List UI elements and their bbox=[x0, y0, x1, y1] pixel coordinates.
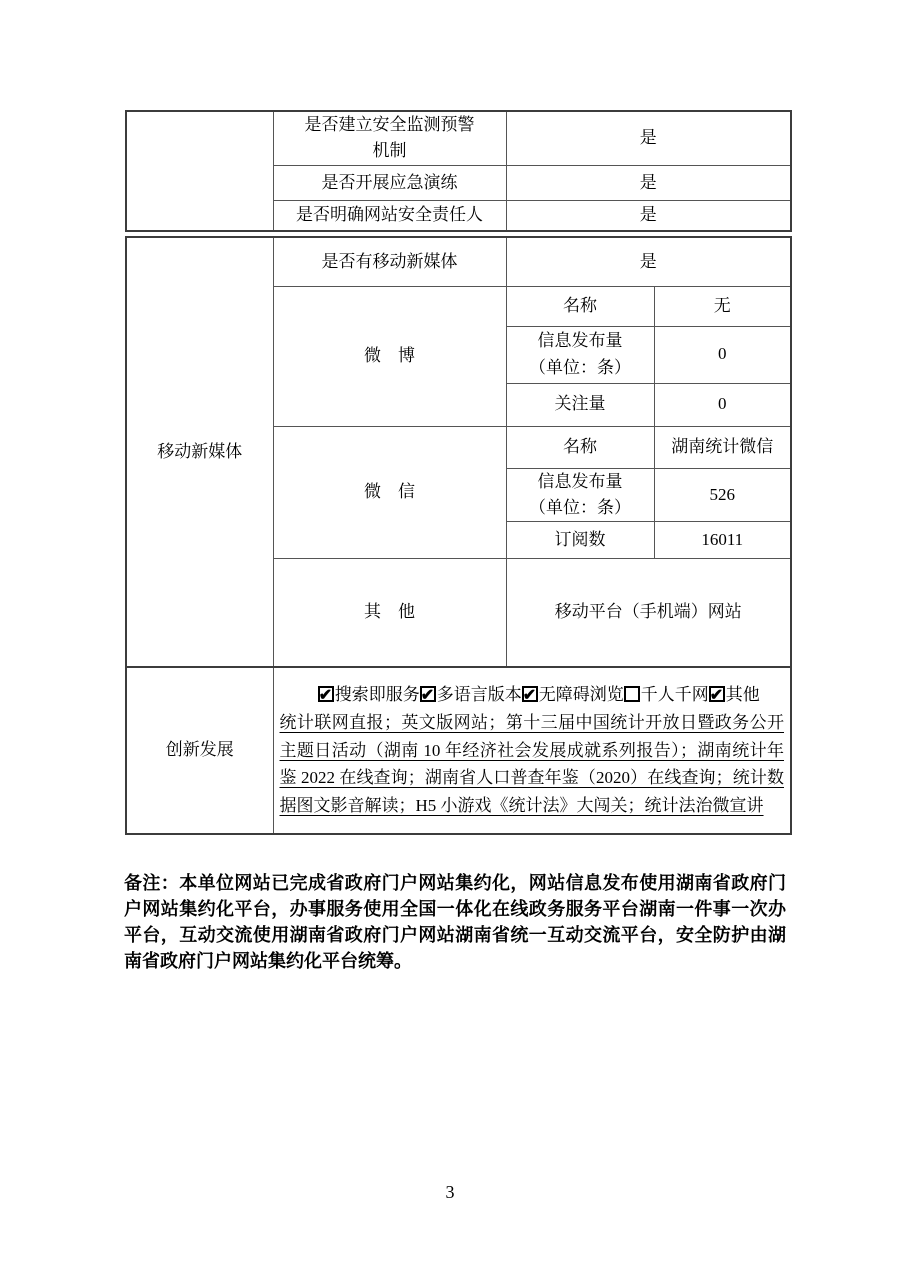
other-media-header: 其 他 bbox=[273, 559, 506, 667]
checkbox-search-as-service: 搜索即服务 bbox=[318, 681, 420, 708]
remark-paragraph: 备注：本单位网站已完成省政府门户网站集约化，网站信息发布使用湖南省政府门户网站集… bbox=[124, 870, 786, 974]
wechat-header: 微 信 bbox=[273, 426, 506, 559]
checkbox-qianren-qianwang: 千人千网 bbox=[624, 681, 709, 708]
wechat-field-label: 订阅数 bbox=[506, 522, 654, 559]
wechat-field-value: 526 bbox=[654, 468, 791, 522]
weibo-field-label: 关注量 bbox=[506, 383, 654, 426]
weibo-field-value: 无 bbox=[654, 286, 791, 326]
weibo-field-value: 0 bbox=[654, 326, 791, 383]
page-number: 3 bbox=[0, 1182, 900, 1203]
checkbox-multilingual: 多语言版本 bbox=[420, 681, 522, 708]
table-row: 是否建立安全监测预警 机制 是 bbox=[126, 111, 791, 165]
table-row: 移动新媒体 是否有移动新媒体 是 bbox=[126, 237, 791, 286]
innovation-checkbox-row: 搜索即服务多语言版本无障碍浏览千人千网其他 bbox=[294, 681, 785, 708]
weibo-field-value: 0 bbox=[654, 383, 791, 426]
other-media-value: 移动平台（手机端）网站 bbox=[506, 559, 791, 667]
checkbox-label: 无障碍浏览 bbox=[539, 685, 624, 704]
mobile-media-section-header: 移动新媒体 bbox=[126, 237, 273, 667]
security-section-header-cell bbox=[126, 111, 273, 231]
has-mobile-answer: 是 bbox=[506, 237, 791, 286]
checkbox-accessibility: 无障碍浏览 bbox=[522, 681, 624, 708]
security-question: 是否开展应急演练 bbox=[273, 165, 506, 200]
weibo-field-label: 信息发布量 （单位：条） bbox=[506, 326, 654, 383]
wechat-field-value: 湖南统计微信 bbox=[654, 426, 791, 468]
innovation-section-header: 创新发展 bbox=[126, 667, 273, 834]
security-question: 是否明确网站安全责任人 bbox=[273, 200, 506, 231]
security-answer: 是 bbox=[506, 165, 791, 200]
table-row: 创新发展 搜索即服务多语言版本无障碍浏览千人千网其他 统计联网直报；英文版网站；… bbox=[126, 667, 791, 834]
checkbox-label: 多语言版本 bbox=[437, 685, 522, 704]
unchecked-checkbox-icon bbox=[624, 686, 640, 702]
security-question: 是否建立安全监测预警 机制 bbox=[273, 111, 506, 165]
wechat-field-label: 信息发布量 （单位：条） bbox=[506, 468, 654, 522]
mobile-media-table: 移动新媒体 是否有移动新媒体 是 微 博 名称 无 信息发布量 （单位：条） 0… bbox=[125, 236, 792, 835]
checkbox-label: 搜索即服务 bbox=[335, 685, 420, 704]
wechat-field-label: 名称 bbox=[506, 426, 654, 468]
security-table: 是否建立安全监测预警 机制 是 是否开展应急演练 是 是否明确网站安全责任人 是 bbox=[125, 110, 792, 232]
innovation-detail-text: 统计联网直报；英文版网站；第十三届中国统计开放日暨政务公开主题日活动（湖南 10… bbox=[280, 709, 785, 819]
has-mobile-question: 是否有移动新媒体 bbox=[273, 237, 506, 286]
checkbox-label: 千人千网 bbox=[641, 685, 709, 704]
weibo-field-label: 名称 bbox=[506, 286, 654, 326]
checked-checkbox-icon bbox=[318, 686, 334, 702]
wechat-field-value: 16011 bbox=[654, 522, 791, 559]
checkbox-label: 其他 bbox=[726, 685, 760, 704]
checked-checkbox-icon bbox=[420, 686, 436, 702]
checked-checkbox-icon bbox=[709, 686, 725, 702]
checked-checkbox-icon bbox=[522, 686, 538, 702]
security-answer: 是 bbox=[506, 200, 791, 231]
weibo-header: 微 博 bbox=[273, 286, 506, 426]
innovation-content-cell: 搜索即服务多语言版本无障碍浏览千人千网其他 统计联网直报；英文版网站；第十三届中… bbox=[273, 667, 791, 834]
security-answer: 是 bbox=[506, 111, 791, 165]
checkbox-other: 其他 bbox=[709, 681, 760, 708]
